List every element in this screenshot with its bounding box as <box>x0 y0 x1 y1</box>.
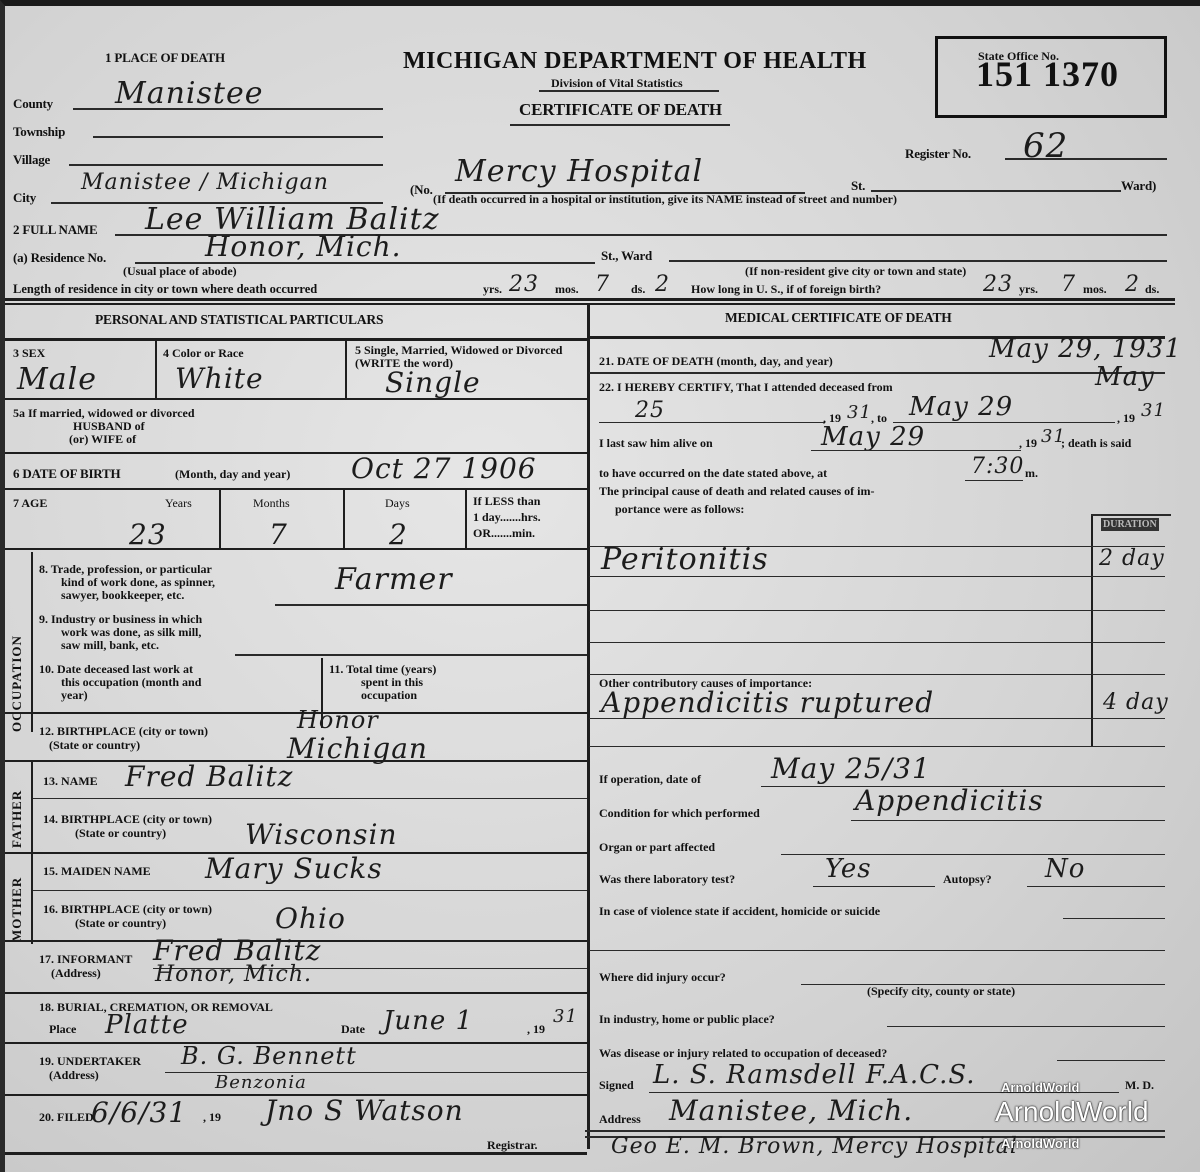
dob-label: 6 DATE OF BIRTH <box>13 466 120 482</box>
total-time-label-3: occupation <box>361 688 417 703</box>
birthplace-city: Honor <box>297 706 379 734</box>
us-ds: 2 <box>1125 272 1140 297</box>
city-label: City <box>13 190 36 206</box>
undertaker-value: B. G. Bennett <box>181 1042 357 1070</box>
birthplace-sub: (State or country) <box>49 738 140 753</box>
spouse-label-3: (or) WIFE of <box>69 432 136 447</box>
last-saw-value: May 29 <box>821 422 925 452</box>
burial-place-label: Place <box>49 1022 76 1037</box>
father-side-label: FATHER <box>9 768 25 848</box>
burial-year-prefix: , 19 <box>527 1022 545 1037</box>
sex-value: Male <box>17 362 97 397</box>
street-no-label: (No. <box>410 182 433 198</box>
attended-from-month: May <box>1095 362 1155 392</box>
principal-duration-value: 2 day <box>1099 546 1165 571</box>
burial-date-label: Date <box>341 1022 365 1037</box>
place-of-death-heading: 1 PLACE OF DEATH <box>105 50 225 66</box>
principal-cause-value: Peritonitis <box>601 542 769 577</box>
father-birthplace-label: 14. BIRTHPLACE (city or town) <box>43 812 212 827</box>
other-duration-value: 4 day <box>1103 690 1169 715</box>
residence-mos: 7 <box>595 272 610 297</box>
father-birthplace-value: Wisconsin <box>245 818 398 851</box>
violence-label: In case of violence state if accident, h… <box>599 904 880 919</box>
address-label: Address <box>599 1112 641 1127</box>
certify-label: 22. I HEREBY CERTIFY, That I attended de… <box>599 380 893 395</box>
us-ds-label: ds. <box>1145 282 1159 297</box>
year-19-b: , 19 <box>1117 411 1135 426</box>
attended-from-day: 25 <box>635 398 665 423</box>
mother-birthplace-label: 16. BIRTHPLACE (city or town) <box>43 902 212 917</box>
lab-test-label: Was there laboratory test? <box>599 872 735 887</box>
residence-value: Honor, Mich. <box>205 230 402 263</box>
burial-place-value: Platte <box>105 1010 189 1040</box>
condition-label: Condition for which performed <box>599 806 760 821</box>
register-number: 62 <box>1023 126 1068 166</box>
city-value: Manistee / Michigan <box>81 170 329 195</box>
institution-note: (If death occurred in a hospital or inst… <box>433 192 897 207</box>
signed-value: L. S. Ramsdell F.A.C.S. <box>653 1060 975 1090</box>
date-of-death-label: 21. DATE OF DEATH (month, day, and year) <box>599 354 833 369</box>
father-name-label: 13. NAME <box>43 774 98 789</box>
autopsy-value: No <box>1045 854 1085 884</box>
undertaker-label: 19. UNDERTAKER <box>39 1054 141 1069</box>
mother-name-value: Mary Sucks <box>205 852 383 885</box>
occupation-related-label: Was disease or injury related to occupat… <box>599 1046 887 1061</box>
residence-ds: 2 <box>655 272 670 297</box>
other-cause-value: Appendicitis ruptured <box>601 686 934 719</box>
us-mos: 7 <box>1061 272 1076 297</box>
autopsy-label: Autopsy? <box>943 872 992 887</box>
age-days: 2 <box>389 518 408 551</box>
full-name-label: 2 FULL NAME <box>13 222 97 238</box>
date-of-death-value: May 29, 1931 <box>989 334 1182 364</box>
township-label: Township <box>13 124 65 140</box>
informant-address: Honor, Mich. <box>155 962 312 987</box>
trade-label-3: sawyer, bookkeeper, etc. <box>61 588 184 603</box>
injury-where-note: (Specify city, county or state) <box>867 984 1015 999</box>
ward-label: Ward) <box>1121 178 1156 194</box>
md-label: M. D. <box>1125 1078 1154 1093</box>
mother-name-label: 15. MAIDEN NAME <box>43 864 151 879</box>
cause-intro-2: portance were as follows: <box>615 502 744 517</box>
age-label: 7 AGE <box>13 496 47 511</box>
footer-note: Geo E. M. Brown, Mercy Hospital <box>611 1134 1018 1159</box>
certificate-title: CERTIFICATE OF DEATH <box>519 100 722 120</box>
mother-birthplace-value: Ohio <box>275 902 346 935</box>
attended-to-value: May 29 <box>909 392 1013 422</box>
burial-year: 31 <box>553 1006 578 1027</box>
residence-label: (a) Residence No. <box>13 250 106 266</box>
less-than-label: If LESS than <box>473 494 540 509</box>
industry-label-3: saw mill, bank, etc. <box>61 638 159 653</box>
days-label: Days <box>385 496 410 511</box>
mos-label: mos. <box>555 282 579 297</box>
register-label: Register No. <box>905 146 971 162</box>
medical-heading: MEDICAL CERTIFICATE OF DEATH <box>725 310 952 326</box>
attended-to-year: 31 <box>1141 400 1166 421</box>
us-yrs: 23 <box>983 272 1013 297</box>
condition-value: Appendicitis <box>855 784 1044 817</box>
state-office-box: State Office No. 151 1370 <box>935 36 1167 118</box>
industry-place-label: In industry, home or public place? <box>599 1012 775 1027</box>
operation-label: If operation, date of <box>599 772 701 787</box>
us-mos-label: mos. <box>1083 282 1107 297</box>
race-value: White <box>175 362 264 395</box>
lab-test-value: Yes <box>825 854 872 884</box>
filed-value: 6/6/31 <box>91 1096 187 1129</box>
birthplace-label: 12. BIRTHPLACE (city or town) <box>39 724 208 739</box>
less-or: OR.......min. <box>473 526 535 541</box>
undertaker-address: Benzonia <box>215 1072 307 1093</box>
informant-label: 17. INFORMANT <box>39 952 132 967</box>
last-saw-label: I last saw him alive on <box>599 436 713 451</box>
watermark-small-bottom: ArnoldWorld <box>1001 1136 1079 1151</box>
registrar-label: Registrar. <box>487 1138 538 1153</box>
personal-heading: PERSONAL AND STATISTICAL PARTICULARS <box>95 312 383 328</box>
us-yrs-label: yrs. <box>1019 282 1038 297</box>
attended-from-year: 31 <box>847 402 872 423</box>
us-label: How long in U. S., if of foreign birth? <box>691 282 881 297</box>
length-of-residence-label: Length of residence in city or town wher… <box>13 282 317 297</box>
signed-label: Signed <box>599 1078 634 1093</box>
burial-date-value: June 1 <box>383 1006 473 1036</box>
mother-birthplace-sub: (State or country) <box>75 916 166 931</box>
village-label: Village <box>13 152 50 168</box>
duration-label: DURATION <box>1101 518 1159 531</box>
age-years: 23 <box>129 518 167 551</box>
father-name-value: Fred Balitz <box>125 760 293 793</box>
st-ward-label: St., Ward <box>601 248 652 264</box>
marital-value: Single <box>385 366 481 399</box>
abode-note: (Usual place of abode) <box>123 264 237 279</box>
years-label: Years <box>165 496 192 511</box>
informant-sub: (Address) <box>51 966 101 981</box>
sex-label: 3 SEX <box>13 346 45 361</box>
last-work-label-3: year) <box>61 688 88 703</box>
department-title: MICHIGAN DEPARTMENT OF HEALTH <box>403 48 867 75</box>
watermark-small-top: ArnoldWorld <box>1001 1080 1079 1095</box>
yrs-label: yrs. <box>483 282 502 297</box>
father-birthplace-sub: (State or country) <box>75 826 166 841</box>
institution-value: Mercy Hospital <box>455 154 703 189</box>
months-label: Months <box>253 496 290 511</box>
dob-value: Oct 27 1906 <box>351 452 537 485</box>
less-day: 1 day.......hrs. <box>473 510 541 525</box>
county-label: County <box>13 96 53 112</box>
occupation-side-label: OCCUPATION <box>9 562 25 732</box>
time-of-death: 7:30 <box>971 454 1024 479</box>
watermark-large: ArnoldWorld <box>995 1096 1149 1128</box>
undertaker-sub: (Address) <box>49 1068 99 1083</box>
m-label: m. <box>1025 466 1038 481</box>
registrar-signature: Jno S Watson <box>265 1094 464 1127</box>
state-office-number: 151 1370 <box>976 53 1119 95</box>
age-months: 7 <box>269 518 288 551</box>
nonresident-note: (If non-resident give city or town and s… <box>745 264 966 279</box>
death-said-label: ; death is said <box>1061 436 1131 451</box>
county-value: Manistee <box>115 76 263 111</box>
death-certificate: 1 PLACE OF DEATH MICHIGAN DEPARTMENT OF … <box>0 0 1200 1172</box>
residence-yrs: 23 <box>509 272 539 297</box>
injury-where-label: Where did injury occur? <box>599 970 726 985</box>
mother-side-label: MOTHER <box>9 858 25 942</box>
address-value: Manistee, Mich. <box>669 1094 913 1127</box>
operation-date-value: May 25/31 <box>771 752 931 785</box>
dob-sub: (Month, day and year) <box>175 467 290 482</box>
division-subtitle: Division of Vital Statistics <box>551 76 683 91</box>
ds-label: ds. <box>631 282 645 297</box>
occurred-label: to have occurred on the date stated abov… <box>599 466 827 481</box>
filed-label: 20. FILED <box>39 1110 94 1125</box>
race-label: 4 Color or Race <box>163 346 244 361</box>
organ-label: Organ or part affected <box>599 840 715 855</box>
trade-value: Farmer <box>335 562 453 597</box>
year-19-c: , 19 <box>1019 436 1037 451</box>
cause-intro-1: The principal cause of death and related… <box>599 484 874 499</box>
filed-19: , 19 <box>203 1110 221 1125</box>
